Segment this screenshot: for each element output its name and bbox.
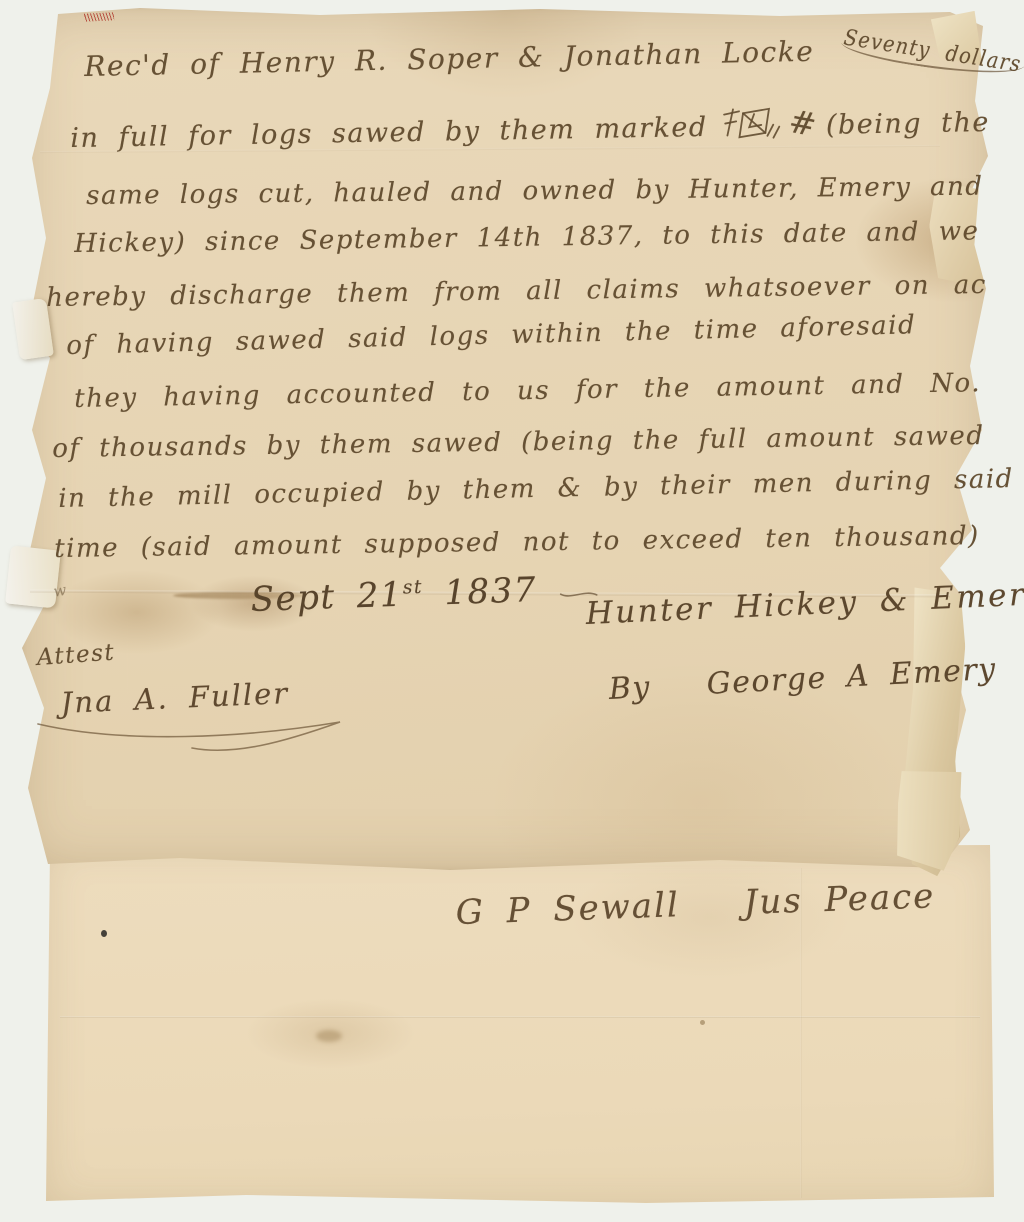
receipt-line-2-text-b: (being the [826, 107, 990, 141]
ink-speck-dark [101, 930, 107, 937]
signature-flourish [34, 714, 354, 758]
ink-speck-small [700, 1020, 705, 1025]
by-label: By [608, 670, 652, 707]
justice-name: G P Sewall [455, 885, 680, 933]
stray-pen-mark: w [52, 581, 69, 601]
scanned-receipt-document: Rec'd of Henry R. Soper & Jonathan Locke… [0, 0, 1024, 1222]
red-archive-mark [84, 12, 114, 22]
hash-log-mark: # [786, 102, 821, 145]
date-year: 1837 [422, 570, 537, 614]
log-marks-drawing [721, 105, 784, 149]
date-prefix: Sept 21 [250, 575, 404, 620]
torn-flap-left-lower [5, 546, 61, 609]
stain-spot [316, 1030, 342, 1042]
date-ordinal: st [402, 577, 423, 599]
receipt-line-2-text: in full for logs sawed by them marked [70, 112, 708, 154]
by-gap [651, 694, 707, 697]
justice-gap [680, 914, 744, 916]
attest-label: Attest [36, 640, 116, 671]
justice-title: Jus Peace [743, 876, 936, 923]
